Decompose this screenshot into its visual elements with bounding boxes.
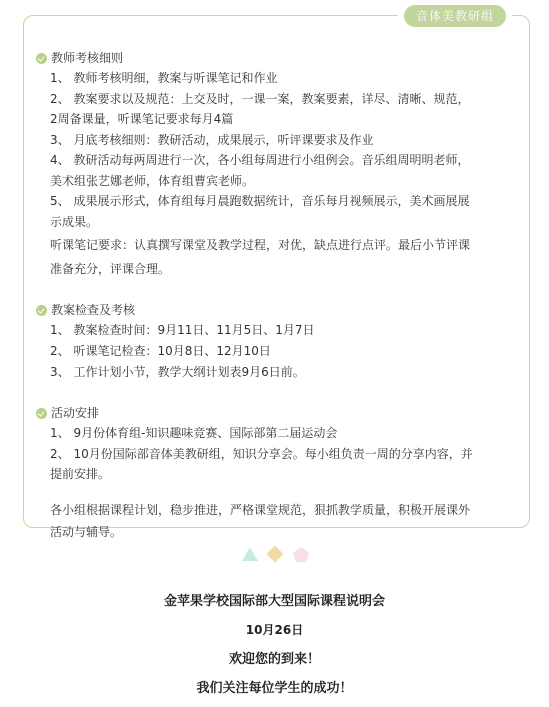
slogan-text: 我们关注每位学生的成功！ [0, 674, 549, 703]
section-title: 活动安排 [36, 403, 516, 423]
group-badge: 音体美教研组 [404, 5, 506, 27]
list-item: 提前安排。 [36, 464, 516, 485]
list-item: 5、 成果展示形式，体育组每月晨跑数据统计，音乐每月视频展示，美术画展展 [36, 191, 516, 212]
list-item: 2、 教案要求以及规范：上交及时，一课一案，教案要素，详尽、清晰、规范， [36, 89, 516, 110]
note-line: 听课笔记要求：认真撰写课堂及教学过程，对优，缺点进行点评。最后小节评课 [36, 234, 516, 256]
list-item: 1、 9月份体育组-知识趣味竞赛、国际部第二届运动会 [36, 423, 516, 444]
section-activities: 活动安排 1、 9月份体育组-知识趣味竞赛、国际部第二届运动会 2、 10月份国… [36, 403, 516, 485]
list-item: 美术组张艺娜老师，体育组曹宾老师。 [36, 171, 516, 192]
decorative-shapes [242, 547, 314, 563]
list-item: 示成果。 [36, 212, 516, 233]
list-item: 2周备课量，听课笔记要求每月4篇 [36, 109, 516, 130]
list-item: 3、 工作计划小节，教学大纲计划表9月6日前。 [36, 362, 516, 383]
check-circle-icon [36, 305, 47, 316]
list-item: 1、 教案检查时间：9月11日、11月5日、1月7日 [36, 320, 516, 341]
card-content: 教师考核细则 1、 教师考核明细，教案与听课笔记和作业 2、 教案要求以及规范：… [36, 48, 516, 543]
check-circle-icon [36, 53, 47, 64]
page: 音体美教研组 教师考核细则 1、 教师考核明细，教案与听课笔记和作业 2、 教案… [0, 0, 549, 707]
section-title-text: 教案检查及考核 [51, 300, 135, 321]
event-date: 10月26日 [0, 616, 549, 645]
closing-line: 活动与辅导。 [36, 521, 516, 543]
list-item: 2、 听课笔记检查：10月8日、12月10日 [36, 341, 516, 362]
diamond-icon [267, 546, 284, 563]
section-teacher-assessment: 教师考核细则 1、 教师考核明细，教案与听课笔记和作业 2、 教案要求以及规范：… [36, 48, 516, 280]
note-line: 准备充分，评课合理。 [36, 258, 516, 280]
footer: 金苹果学校国际部大型国际课程说明会 10月26日 欢迎您的到来！ 我们关注每位学… [0, 587, 549, 703]
list-item: 2、 10月份国际部音体美教研组，知识分享会。每小组负责一周的分享内容，并 [36, 444, 516, 465]
section-lesson-plan-check: 教案检查及考核 1、 教案检查时间：9月11日、11月5日、1月7日 2、 听课… [36, 300, 516, 383]
section-title-text: 教师考核细则 [51, 48, 123, 69]
section-title-text: 活动安排 [51, 403, 99, 424]
list-item: 1、 教师考核明细，教案与听课笔记和作业 [36, 68, 516, 89]
list-item: 3、 月底考核细则：教研活动，成果展示，听评课要求及作业 [36, 130, 516, 151]
triangle-icon [242, 547, 258, 561]
event-title: 金苹果学校国际部大型国际课程说明会 [0, 587, 549, 616]
section-title: 教师考核细则 [36, 48, 516, 68]
list-item: 4、 教研活动每两周进行一次，各小组每周进行小组例会。音乐组周明明老师， [36, 150, 516, 171]
pentagon-icon [293, 547, 309, 562]
section-title: 教案检查及考核 [36, 300, 516, 320]
check-circle-icon [36, 408, 47, 419]
welcome-text: 欢迎您的到来！ [0, 645, 549, 674]
closing-line: 各小组根据课程计划，稳步推进，严格课堂规范，狠抓教学质量，积极开展课外 [36, 499, 516, 521]
